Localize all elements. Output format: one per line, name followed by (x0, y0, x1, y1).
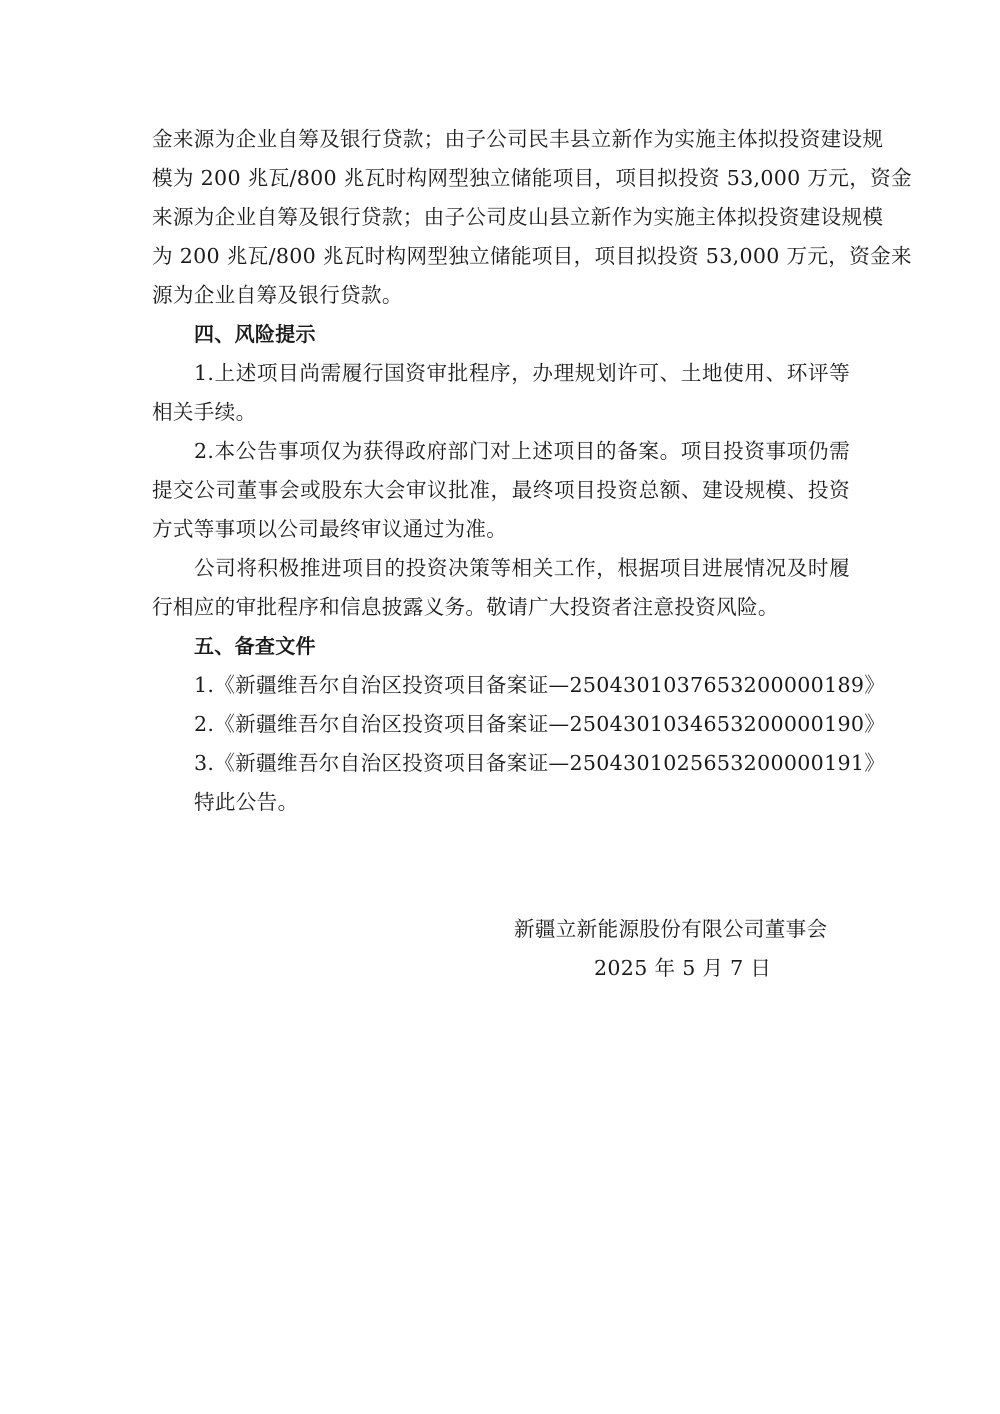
announcement-closing: 特此公告。 (152, 783, 850, 822)
text-line: 金来源为企业自筹及银行贷款；由子公司民丰县立新作为实施主体拟投资建设规 (152, 120, 850, 159)
reference-file-2: 2.《新疆维吾尔自治区投资项目备案证—250430103465320000019… (152, 705, 850, 744)
text-line: 来源为企业自筹及银行贷款；由子公司皮山县立新作为实施主体拟投资建设规模 (152, 198, 850, 237)
signature-date: 2025 年 5 月 7 日 (594, 949, 771, 988)
text-line: 为 200 兆瓦/800 兆瓦时构网型独立储能项目，项目拟投资 53,000 万… (152, 237, 850, 276)
document-body: 金来源为企业自筹及银行贷款；由子公司民丰县立新作为实施主体拟投资建设规 模为 2… (152, 120, 850, 822)
signature-company: 新疆立新能源股份有限公司董事会 (514, 910, 827, 949)
text-line: 模为 200 兆瓦/800 兆瓦时构网型独立储能项目，项目拟投资 53,000 … (152, 159, 850, 198)
text-line: 源为企业自筹及银行贷款。 (152, 276, 850, 315)
continuation-paragraph: 金来源为企业自筹及银行贷款；由子公司民丰县立新作为实施主体拟投资建设规 模为 2… (152, 120, 850, 315)
section-heading-risk: 四、风险提示 (152, 315, 850, 354)
section-heading-reference-files: 五、备查文件 (152, 627, 850, 666)
risk-item-1: 1.上述项目尚需履行国资审批程序，办理规划许可、土地使用、环评等相关手续。 (152, 354, 850, 432)
reference-file-1: 1.《新疆维吾尔自治区投资项目备案证—250430103765320000018… (152, 666, 850, 705)
risk-item-2: 2.本公告事项仅为获得政府部门对上述项目的备案。项目投资事项仍需提交公司董事会或… (152, 432, 850, 549)
risk-closing-paragraph: 公司将积极推进项目的投资决策等相关工作，根据项目进展情况及时履行相应的审批程序和… (152, 549, 850, 627)
reference-file-3: 3.《新疆维吾尔自治区投资项目备案证—250430102565320000019… (152, 744, 850, 783)
